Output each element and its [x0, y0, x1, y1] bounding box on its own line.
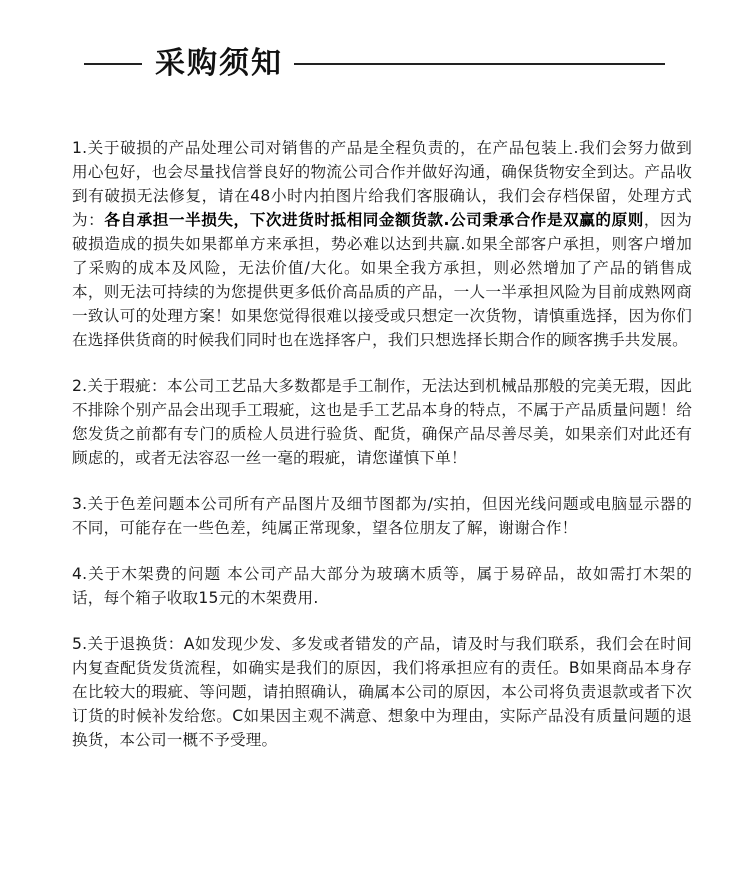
section-returns-policy: 5.关于退换货：A如发现少发、多发或者错发的产品，请及时与我们联系，我们会在时间…: [72, 632, 692, 752]
section-color-difference: 3.关于色差问题本公司所有产品图片及细节图都为/实拍，但因光线问题或电脑显示器的…: [72, 492, 692, 540]
page-title: 采购须知: [155, 44, 283, 84]
header-divider-right: [294, 63, 665, 65]
header-divider-left: [84, 63, 142, 65]
damage-policy-emphasis: 各自承担一半损失，下次进货时抵相同金额货款.公司秉承合作是双赢的原则: [104, 211, 644, 229]
section-damage-policy: 1.关于破损的产品处理公司对销售的产品是全程负责的，在产品包装上.我们会努力做到…: [72, 136, 692, 352]
section-flaws-policy: 2.关于瑕疵：本公司工艺品大多数都是手工制作，无法达到机械品那般的完美无瑕，因此…: [72, 374, 692, 470]
damage-policy-rest: ，因为破损造成的损失如果都单方来承担，势必难以达到共赢.如果全部客户承担，则客户…: [72, 211, 692, 349]
section-wooden-crate-fee: 4.关于木架费的问题 本公司产品大部分为玻璃木质等，属于易碎品，故如需打木架的话…: [72, 562, 692, 610]
notice-content: 1.关于破损的产品处理公司对销售的产品是全程负责的，在产品包装上.我们会努力做到…: [72, 136, 692, 774]
notice-header: 采购须知: [0, 40, 750, 88]
